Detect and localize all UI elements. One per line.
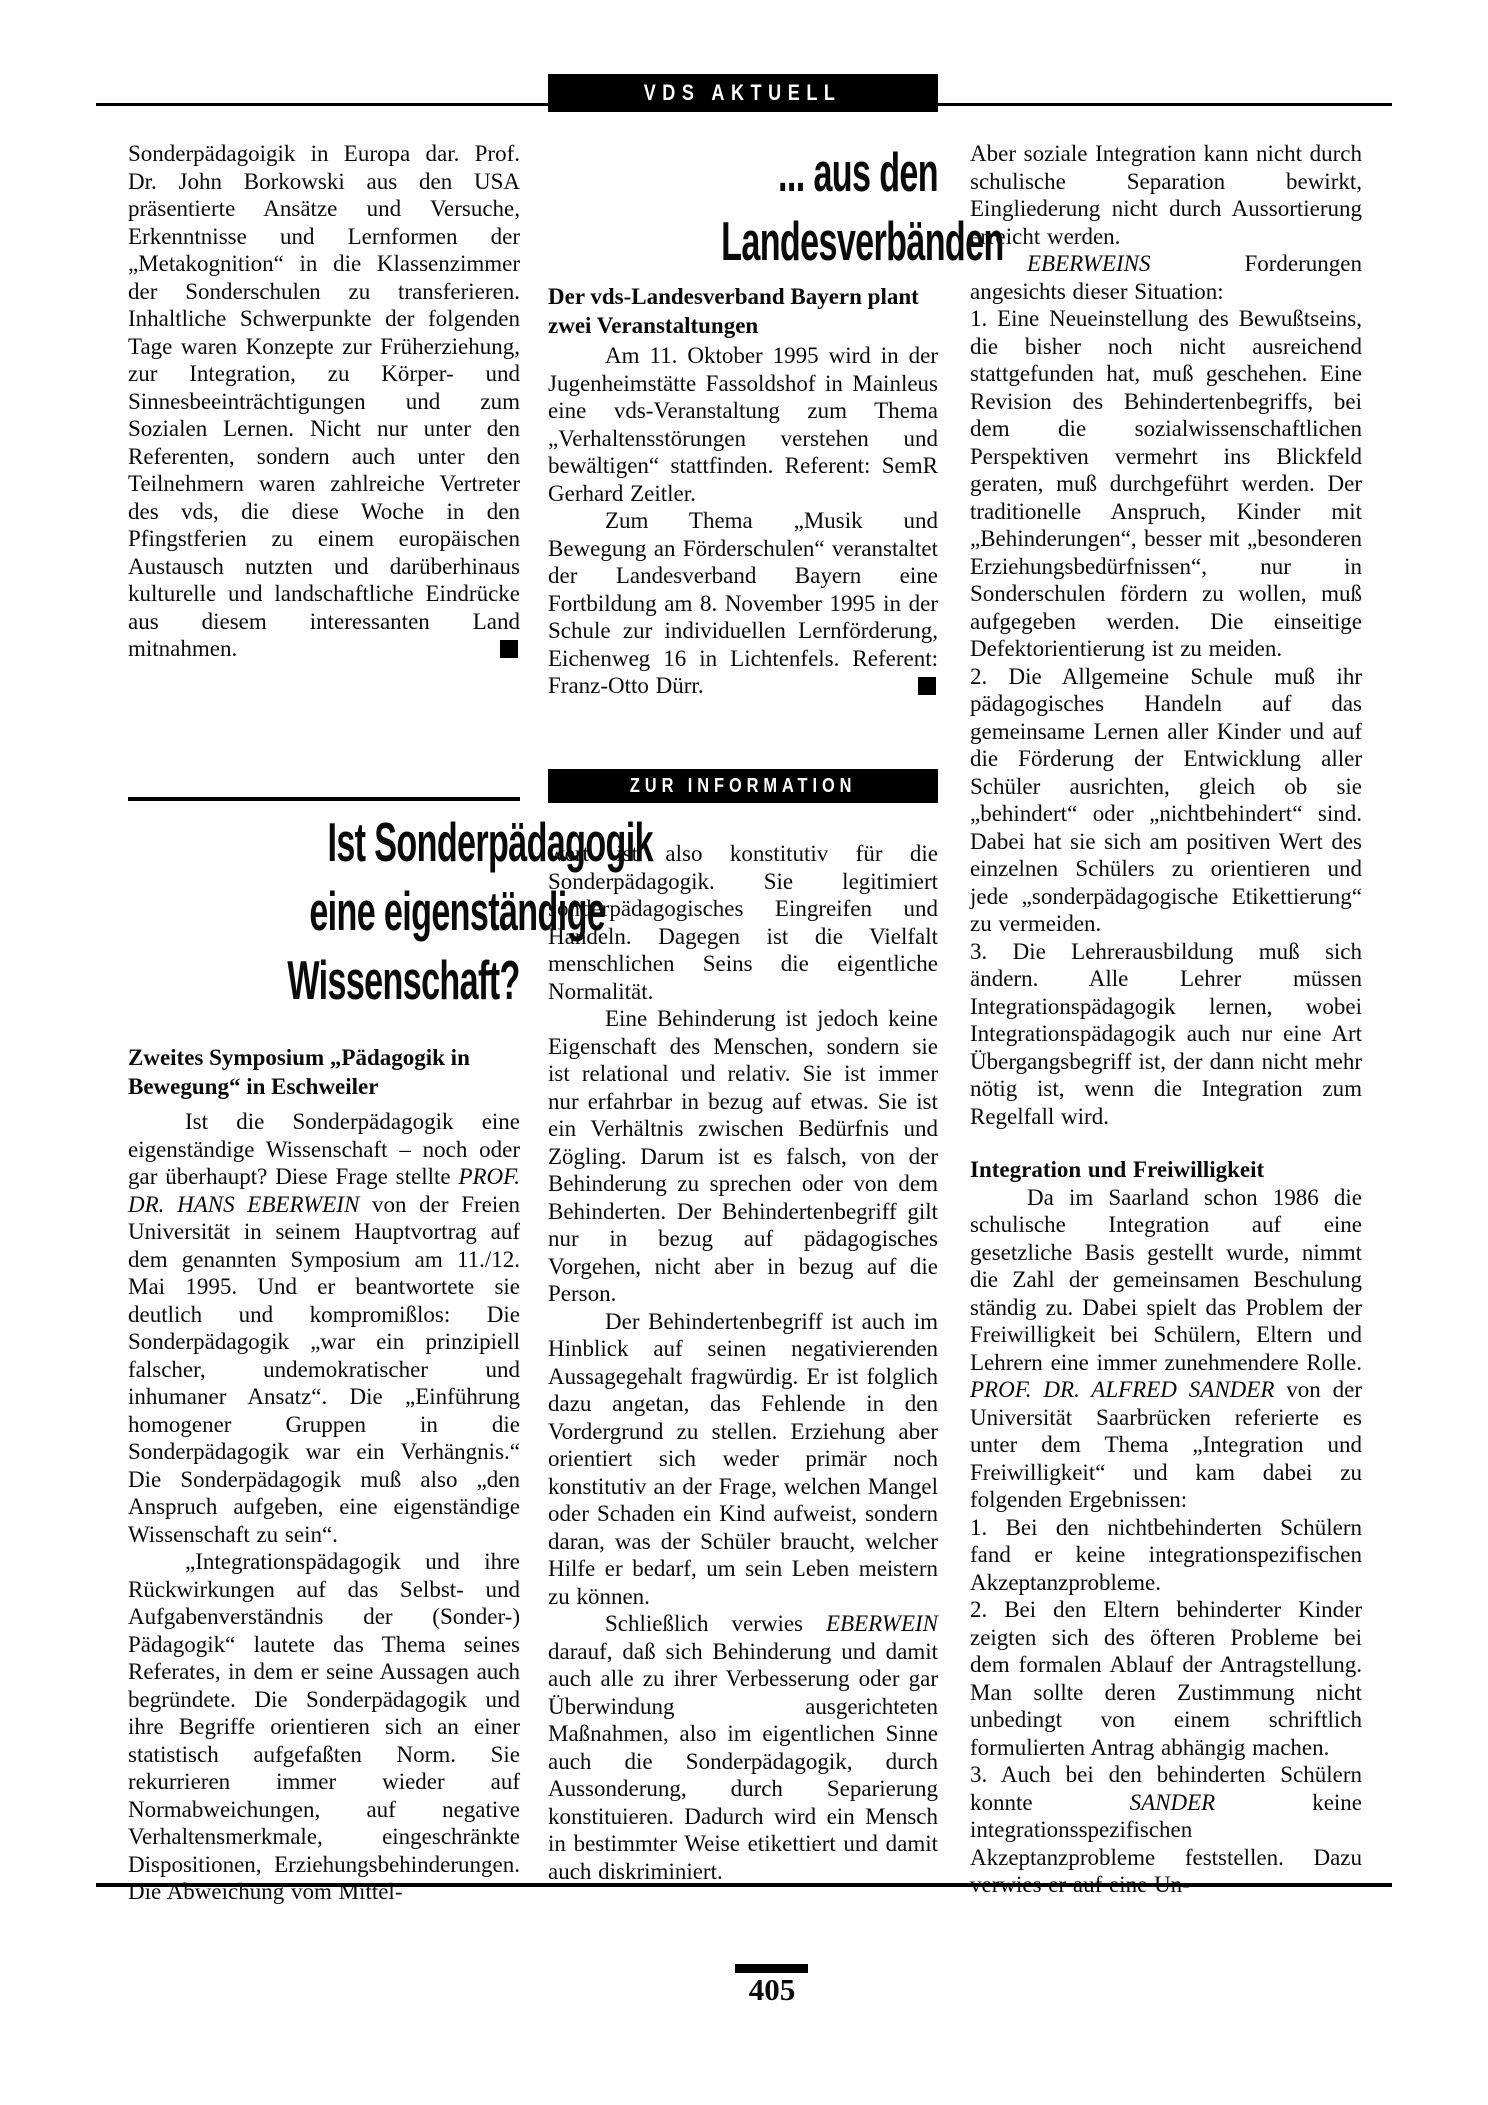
numbered-point: 2. Bei den Eltern behinderter Kinder zei… (970, 1596, 1362, 1761)
page-number-block: 405 (694, 1972, 850, 2008)
column-2-subhead-block: Der vds-Landesverband Bayern plant zwei … (548, 282, 938, 340)
numbered-point: 3. Auch bei den behinderten Schülern kon… (970, 1761, 1362, 1899)
column-1-subhead-block: Zweites Symposium „Pädagogik in Bewegung… (128, 1043, 520, 1101)
body-paragraph: Ist die Sonderpädagogik eine eigenständi… (128, 1108, 520, 1548)
body-paragraph: Aber soziale Integration kann nicht durc… (970, 140, 1362, 250)
headline-line: Wissenschaft? (128, 946, 520, 1015)
headline-line: Landesverbänden (548, 207, 938, 276)
body-paragraph: Da im Saarland schon 1986 die schulische… (970, 1184, 1362, 1514)
article-headline-sonderpaedagogik: Ist Sonderpädagogik eine eigenständige W… (128, 808, 520, 1015)
column-2-info-body: wert ist also konstitutiv für die Sonder… (548, 840, 938, 1885)
body-paragraph: wert ist also konstitutiv für die Sonder… (548, 840, 938, 1005)
name-emphasis: EBERWEINS (1027, 251, 1151, 276)
column-3-body: Aber soziale Integration kann nicht durc… (970, 140, 1362, 1899)
paragraph-text: Sonderpädagoigik in Europa dar. Prof. Dr… (128, 141, 520, 661)
bottom-rule (96, 1883, 1392, 1887)
body-paragraph: Schließlich verwies EBERWEIN darauf, daß… (548, 1610, 938, 1885)
zur-information-bar: ZUR INFORMATION (548, 769, 938, 803)
zur-information-label: ZUR INFORMATION (630, 775, 857, 798)
body-paragraph: Eine Behinderung ist jedoch keine Eigens… (548, 1005, 938, 1308)
headline-line: eine eigenständige (128, 877, 520, 946)
article-subhead: Integration und Freiwilligkeit (970, 1156, 1362, 1184)
numbered-point: 1. Bei den nichtbehinderten Schülern fan… (970, 1514, 1362, 1597)
name-emphasis: PROF. DR. ALFRED SANDER (970, 1377, 1274, 1402)
name-emphasis: EBERWEIN (826, 1611, 938, 1636)
vds-aktuell-bar: VDS AKTUELL (548, 74, 938, 112)
column-1-body: Ist die Sonderpädagogik eine eigenständi… (128, 1108, 520, 1906)
numbered-point: 2. Die Allgemeine Schule muß ihr pädagog… (970, 663, 1362, 938)
body-paragraph: Zum Thema „Musik und Bewegung an Förders… (548, 507, 938, 700)
journal-page: VDS AKTUELL Sonderpädagoigik in Europa d… (0, 0, 1488, 2105)
page-number: 405 (749, 1972, 796, 2007)
end-of-article-marker (918, 677, 936, 695)
body-paragraph: Der Behindertenbegriff ist auch im Hinbl… (548, 1308, 938, 1611)
article-subhead: Zweites Symposium „Pädagogik in Bewegung… (128, 1043, 520, 1101)
headline-line: ... aus den (548, 138, 938, 207)
body-paragraph: „Integrationspädagogik und ihre Rückwirk… (128, 1548, 520, 1906)
vds-aktuell-label: VDS AKTUELL (644, 80, 842, 106)
numbered-point: 3. Die Lehrerausbildung muß sich ändern.… (970, 938, 1362, 1131)
body-paragraph: EBERWEINS Forderungen angesichts dieser … (970, 250, 1362, 305)
article-divider-rule (128, 797, 520, 801)
numbered-point: 1. Eine Neueinstellung des Bewußtseins, … (970, 305, 1362, 663)
name-emphasis: SANDER (1130, 1790, 1216, 1815)
article-headline-landesverbaende: ... aus den Landesverbänden (548, 138, 938, 276)
column-1: Sonderpädagoigik in Europa dar. Prof. Dr… (128, 140, 520, 663)
end-of-article-marker (500, 640, 518, 658)
article-subhead: Der vds-Landesverband Bayern plant zwei … (548, 282, 938, 340)
column-2-body: Am 11. Oktober 1995 wird in der Jugenhei… (548, 342, 938, 700)
body-paragraph: Am 11. Oktober 1995 wird in der Jugenhei… (548, 342, 938, 507)
article-continuation-paragraph: Sonderpädagoigik in Europa dar. Prof. Dr… (128, 140, 520, 663)
headline-line: Ist Sonderpädagogik (128, 808, 520, 877)
